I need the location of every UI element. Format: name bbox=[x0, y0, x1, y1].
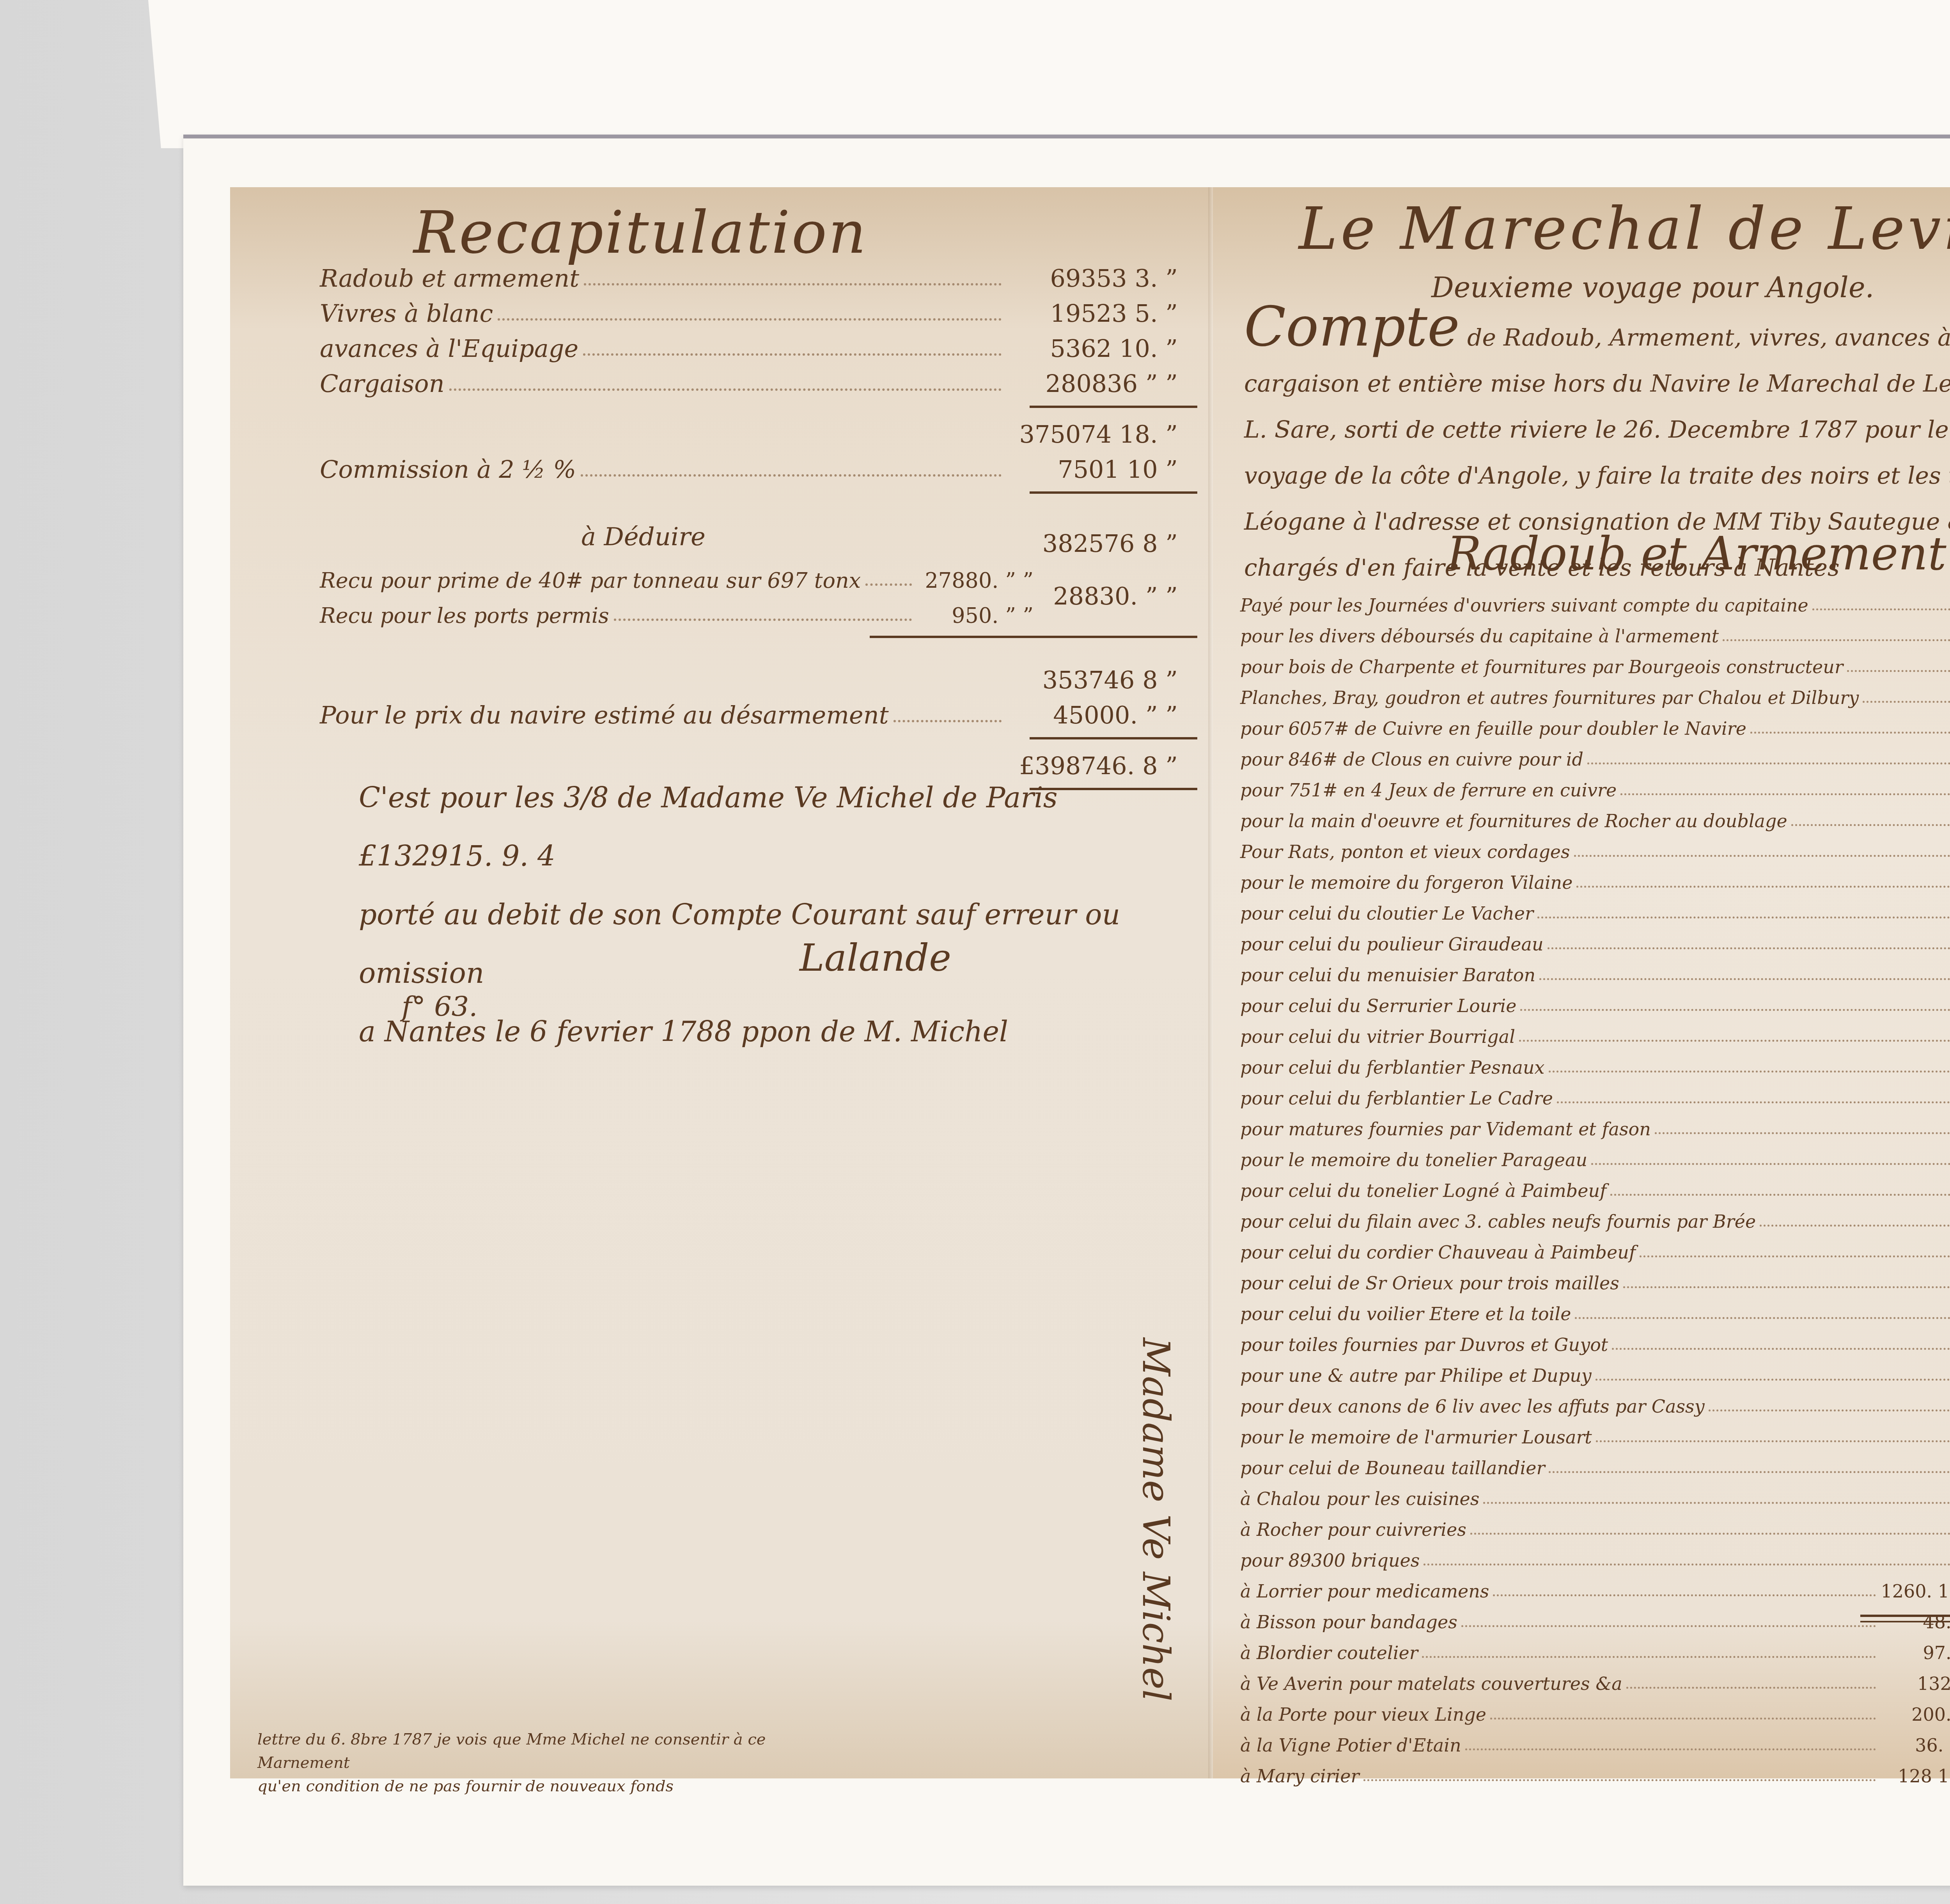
ledger-subrow: à la Vigne Potier d'Etain36. 2. ” bbox=[1240, 1725, 1950, 1756]
ledger-row: pour celui du filain avec 3. cables neuf… bbox=[1240, 1201, 1950, 1232]
ledger-row: pour celui du poulieur Giraudeau1036 19.… bbox=[1240, 924, 1950, 955]
ledger-subrow: à Bisson pour bandages48. ” ” bbox=[1240, 1602, 1950, 1633]
ledger-row: pour celui du vitrier Bourrigal118 7. ” bbox=[1240, 1016, 1950, 1047]
ship-title: Le Marechal de Levis bbox=[1299, 195, 1950, 263]
recap-subtotal: 382576 8 ” bbox=[320, 523, 1178, 558]
ledger-row: pour toiles fournies par Duvros et Guyot… bbox=[1240, 1324, 1950, 1355]
deductions-total: 28830. ” ” bbox=[320, 575, 1178, 610]
signature: Lalande bbox=[799, 936, 951, 980]
section-title: Radoub et Armement bbox=[1447, 527, 1946, 580]
folio-number: f° 63. bbox=[402, 991, 477, 1023]
ledger-subrow: à la Porte pour vieux Linge200. ” ” bbox=[1240, 1694, 1950, 1725]
ledger-row: pour celui du voilier Etere et la toile5… bbox=[1240, 1294, 1950, 1324]
ledger-row: pour la main d'oeuvre et fournitures de … bbox=[1240, 801, 1950, 831]
folder-flap bbox=[148, 0, 1950, 148]
ledger-row: pour celui du Serrurier Lourie161. 14. ” bbox=[1240, 986, 1950, 1016]
ledger-row: pour celui du menuisier Baraton288 10. ” bbox=[1240, 955, 1950, 986]
leader-dots bbox=[449, 388, 1002, 391]
total-rule bbox=[1030, 636, 1197, 638]
ledger-row: à Rocher pour cuivreries221. 14. ” bbox=[1240, 1509, 1950, 1540]
ledger-row: pour deux canons de 6 liv avec les affut… bbox=[1240, 1386, 1950, 1417]
ledger-row: pour celui du cordier Chauveau à Paimbeu… bbox=[1240, 1232, 1950, 1263]
ledger-row: pour le memoire du forgeron Vilaine1445.… bbox=[1240, 862, 1950, 893]
ledger-row: pour celui de Bouneau taillandier45. 6. … bbox=[1240, 1448, 1950, 1479]
ledger-entries: Payé pour les Journées d'ouvriers suivan… bbox=[1240, 585, 1950, 1787]
leader-dots bbox=[584, 283, 1002, 285]
ledger-subrow: à Ve Averin pour matelats couvertures &a… bbox=[1240, 1663, 1950, 1694]
footnote: lettre du 6. 8bre 1787 je vois que Mme M… bbox=[257, 1728, 842, 1798]
voyage-subtitle: Deuxieme voyage pour Angole. bbox=[1431, 271, 1874, 304]
ledger-row: Pour Rats, ponton et vieux cordages1024 … bbox=[1240, 831, 1950, 862]
recap-row: Radoub et armement69353 3. ” bbox=[320, 257, 1178, 293]
commission-row: Commission à 2 ½ %7501 10 ” bbox=[320, 449, 1178, 484]
vertical-margin-note: Madame Ve Michel bbox=[1134, 1338, 1178, 1702]
ledger-row: pour bois de Charpente et fournitures pa… bbox=[1240, 647, 1950, 677]
ledger-subrow: à Mary cirier128 15. ” bbox=[1240, 1756, 1950, 1787]
ledger-row: pour une & autre par Philipe et Dupuy603… bbox=[1240, 1355, 1950, 1386]
ledger-row: pour celui du cloutier Le Vacher1727. 9.… bbox=[1240, 893, 1950, 924]
ledger-subrow: à Lorrier pour medicamens1260. 19. ” bbox=[1240, 1571, 1950, 1602]
ledger-row: à Chalou pour les cuisines110. 10. ” bbox=[1240, 1479, 1950, 1509]
leader-dots bbox=[498, 318, 1002, 321]
leader-dots bbox=[581, 474, 1002, 477]
ledger-row: pour 751# en 4 Jeux de ferrure en cuivre… bbox=[1240, 770, 1950, 801]
total-rule bbox=[870, 636, 1033, 638]
total-rule bbox=[1860, 1621, 1950, 1622]
ledger-row: pour 846# de Clous en cuivre pour id1692… bbox=[1240, 739, 1950, 770]
ledger-row: pour le memoire du tonelier Parageau4960… bbox=[1240, 1140, 1950, 1170]
ship-value-row: Pour le prix du navire estimé au désarme… bbox=[320, 694, 1178, 729]
left-page: Recapitulation Radoub et armement69353 3… bbox=[230, 187, 1217, 1778]
total-rule bbox=[1030, 491, 1197, 494]
total-rule bbox=[1030, 406, 1197, 408]
ledger-row: Payé pour les Journées d'ouvriers suivan… bbox=[1240, 585, 1950, 616]
ledger-row: pour 89300 briques1074. ” ” bbox=[1240, 1540, 1950, 1571]
attestation-note: C'est pour les 3/8 de Madame Ve Michel d… bbox=[359, 768, 1178, 1061]
ledger-row: Planches, Bray, goudron et autres fourni… bbox=[1240, 677, 1950, 708]
ledger-row: pour celui de Sr Orieux pour trois maill… bbox=[1240, 1263, 1950, 1294]
ledger-row: pour 6057# de Cuivre en feuille pour dou… bbox=[1240, 708, 1950, 739]
ledger-subrow: à Blordier coutelier97. ” ” bbox=[1240, 1633, 1950, 1663]
recap-row: Vivres à blanc19523 5. ” bbox=[320, 293, 1178, 328]
leader-dots bbox=[583, 353, 1002, 356]
recap-subtotal: 375074 18. ” bbox=[320, 413, 1178, 449]
total-rule bbox=[1030, 737, 1197, 739]
total-rule bbox=[1860, 1615, 1950, 1617]
recap-row: avances à l'Equipage5362 10. ” bbox=[320, 328, 1178, 363]
ledger-row: pour le memoire de l'armurier Lousart297… bbox=[1240, 1417, 1950, 1448]
ledger-row: pour celui du tonelier Logné à Paimbeuf2… bbox=[1240, 1170, 1950, 1201]
recap-title: Recapitulation bbox=[413, 199, 868, 267]
ledger-row: pour celui du ferblantier Le Cadre290 17… bbox=[1240, 1078, 1950, 1109]
ledger-row: pour celui du ferblantier Pesnaux1389 ” … bbox=[1240, 1047, 1950, 1078]
right-page: Le Marechal de Levis Deuxieme voyage pou… bbox=[1213, 187, 1950, 1778]
ledger-row: pour matures fournies par Videmant et fa… bbox=[1240, 1109, 1950, 1140]
recap-row: Cargaison280836 ” ” bbox=[320, 363, 1178, 398]
ledger-row: pour les divers déboursés du capitaine à… bbox=[1240, 616, 1950, 647]
recap-subtotal: 353746 8 ” bbox=[320, 659, 1178, 694]
